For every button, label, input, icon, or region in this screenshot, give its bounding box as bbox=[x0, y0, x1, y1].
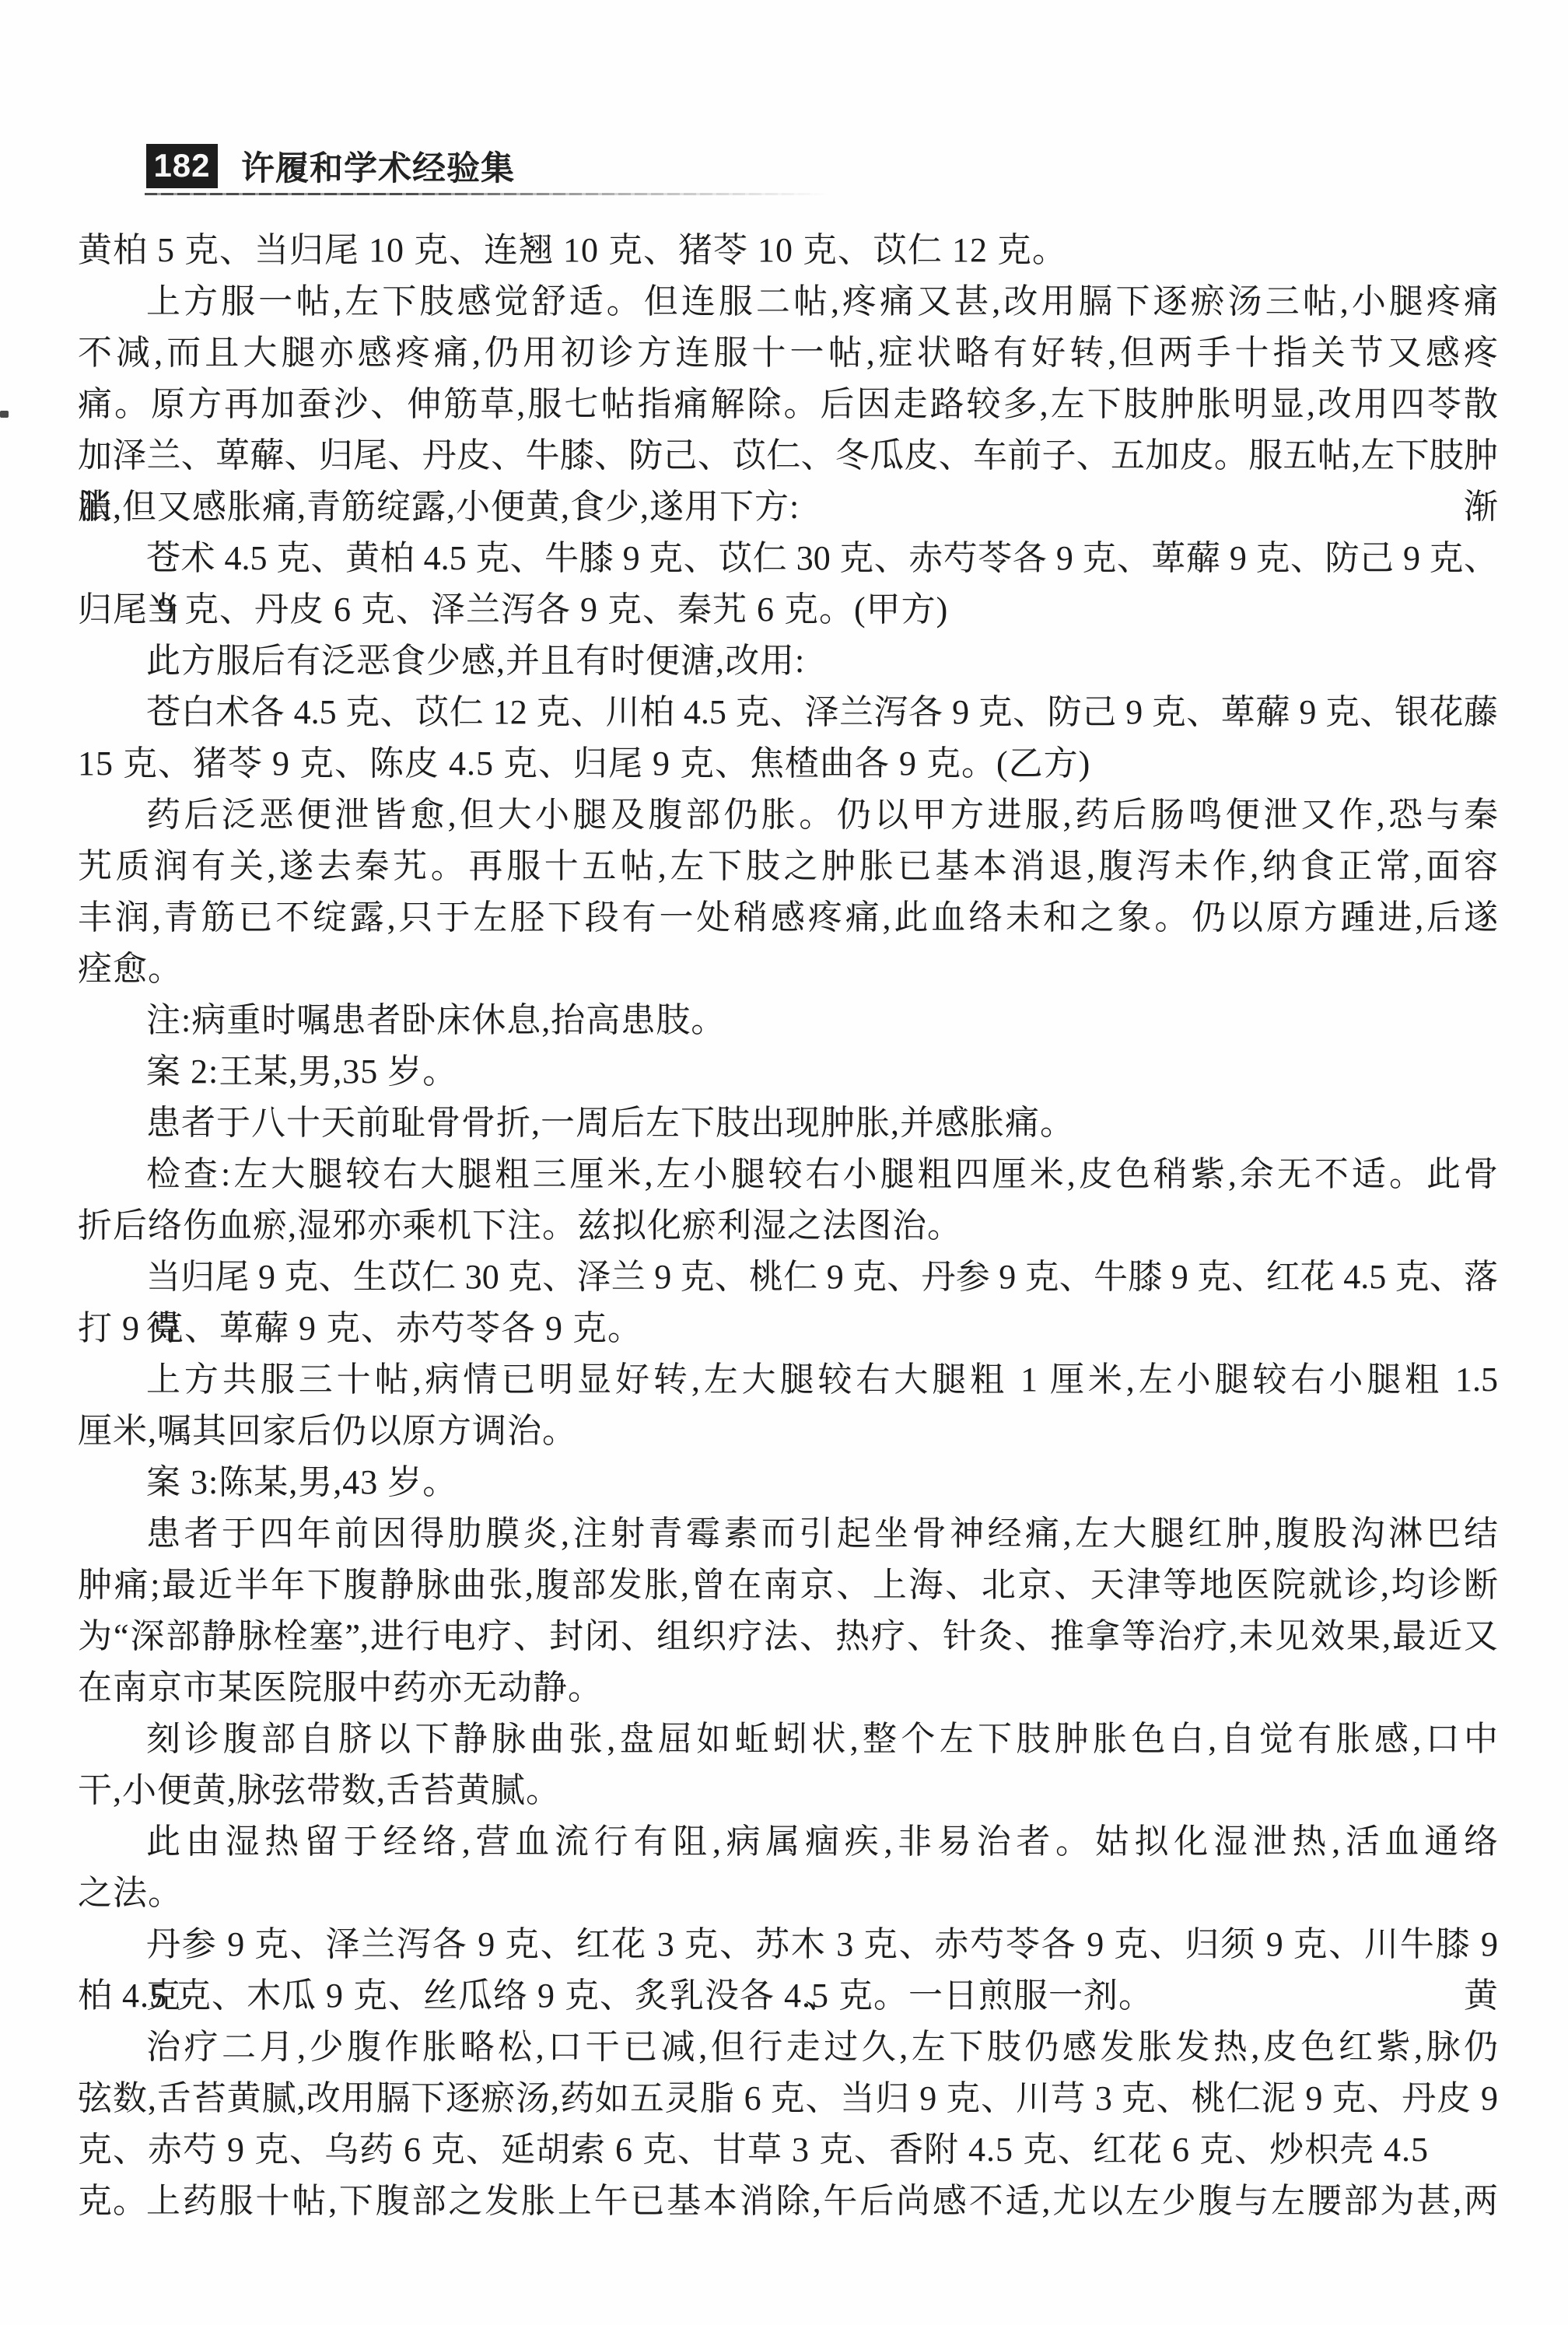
text-line: 为“深部静脉栓塞”,进行电疗、封闭、组织疗法、热疗、针灸、推拿等治疗,未见效果,… bbox=[78, 1611, 1498, 1662]
text-line: 上方服一帖,左下肢感觉舒适。但连服二帖,疼痛又甚,改用膈下逐瘀汤三帖,小腿疼痛 bbox=[78, 276, 1498, 327]
text-line: 打 9 克、萆薢 9 克、赤芍苓各 9 克。 bbox=[78, 1303, 1498, 1354]
text-line: 患者于八十天前耻骨骨折,一周后左下肢出现肿胀,并感胀痛。 bbox=[78, 1098, 1498, 1149]
text-line: 厘米,嘱其回家后仍以原方调治。 bbox=[78, 1406, 1498, 1457]
text-line: 艽质润有关,遂去秦艽。再服十五帖,左下肢之肿胀已基本消退,腹泻未作,纳食正常,面… bbox=[78, 841, 1498, 892]
text-line: 不减,而且大腿亦感疼痛,仍用初诊方连服十一帖,症状略有好转,但两手十指关节又感疼 bbox=[78, 327, 1498, 379]
text-line: 归尾 9 克、丹皮 6 克、泽兰泻各 9 克、秦艽 6 克。(甲方) bbox=[78, 584, 1498, 636]
text-line: 在南京市某医院服中药亦无动静。 bbox=[78, 1662, 1498, 1714]
text-line: 痛。原方再加蚕沙、伸筋草,服七帖指痛解除。后因走路较多,左下肢肿胀明显,改用四苓… bbox=[78, 379, 1498, 430]
text-line: 患者于四年前因得肋膜炎,注射青霉素而引起坐骨神经痛,左大腿红肿,腹股沟淋巴结 bbox=[78, 1508, 1498, 1560]
text-line: 刻诊腹部自脐以下静脉曲张,盘屈如蚯蚓状,整个左下肢肿胀色白,自觉有胀感,口中 bbox=[78, 1714, 1498, 1765]
text-line: 此方服后有泛恶食少感,并且有时便溏,改用: bbox=[78, 636, 1498, 687]
header-rule bbox=[145, 193, 829, 195]
page-number-badge: 182 bbox=[146, 144, 218, 188]
text-line: 当归尾 9 克、生苡仁 30 克、泽兰 9 克、桃仁 9 克、丹参 9 克、牛膝… bbox=[78, 1252, 1498, 1303]
text-line: 治疗二月,少腹作胀略松,口干已减,但行走过久,左下肢仍感发胀发热,皮色红紫,脉仍 bbox=[78, 2022, 1498, 2073]
text-line: 弦数,舌苔黄腻,改用膈下逐瘀汤,药如五灵脂 6 克、当归 9 克、川芎 3 克、… bbox=[78, 2073, 1498, 2124]
text-line: 之法。 bbox=[78, 1868, 1498, 1919]
body-text: 黄柏 5 克、当归尾 10 克、连翘 10 克、猪苓 10 克、苡仁 12 克。… bbox=[78, 225, 1498, 2227]
text-line: 干,小便黄,脉弦带数,舌苔黄腻。 bbox=[78, 1765, 1498, 1816]
text-line: 肿痛;最近半年下腹静脉曲张,腹部发胀,曾在南京、上海、北京、天津等地医院就诊,均… bbox=[78, 1560, 1498, 1611]
text-line: 此由湿热留于经络,营血流行有阻,病属痼疾,非易治者。姑拟化湿泄热,活血通络 bbox=[78, 1816, 1498, 1868]
text-line: 苍白术各 4.5 克、苡仁 12 克、川柏 4.5 克、泽兰泻各 9 克、防己 … bbox=[78, 687, 1498, 738]
text-line: 克、赤芍 9 克、乌药 6 克、延胡索 6 克、甘草 3 克、香附 4.5 克、… bbox=[78, 2124, 1498, 2176]
text-line: 15 克、猪苓 9 克、陈皮 4.5 克、归尾 9 克、焦楂曲各 9 克。(乙方… bbox=[78, 738, 1498, 790]
text-line: 加泽兰、萆薢、归尾、丹皮、牛膝、防己、苡仁、冬瓜皮、车前子、五加皮。服五帖,左下… bbox=[78, 430, 1498, 481]
text-line: 痊愈。 bbox=[78, 944, 1498, 995]
text-line: 案 3:陈某,男,43 岁。 bbox=[78, 1457, 1498, 1508]
text-line: 黄柏 5 克、当归尾 10 克、连翘 10 克、猪苓 10 克、苡仁 12 克。 bbox=[78, 225, 1498, 276]
text-line: 注:病重时嘱患者卧床休息,抬高患肢。 bbox=[78, 995, 1498, 1046]
text-line: 药后泛恶便泄皆愈,但大小腿及腹部仍胀。仍以甲方进服,药后肠鸣便泄又作,恐与秦 bbox=[78, 790, 1498, 841]
book-page: 182 许履和学术经验集 黄柏 5 克、当归尾 10 克、连翘 10 克、猪苓 … bbox=[0, 0, 1568, 2325]
text-line: 案 2:王某,男,35 岁。 bbox=[78, 1046, 1498, 1098]
scan-speck bbox=[0, 411, 9, 418]
text-line: 丹参 9 克、泽兰泻各 9 克、红花 3 克、苏木 3 克、赤芍苓各 9 克、归… bbox=[78, 1919, 1498, 1970]
text-line: 折后络伤血瘀,湿邪亦乘机下注。兹拟化瘀利湿之法图治。 bbox=[78, 1200, 1498, 1252]
text-line: 丰润,青筋已不绽露,只于左胫下段有一处稍感疼痛,此血络未和之象。仍以原方踵进,后… bbox=[78, 892, 1498, 944]
page-number: 182 bbox=[153, 147, 210, 184]
running-title: 许履和学术经验集 bbox=[241, 142, 515, 190]
text-line: 上药服十帖,下腹部之发胀上午已基本消除,午后尚感不适,尤以左少腹与左腰部为甚,两 bbox=[78, 2176, 1498, 2227]
page-header: 182 许履和学术经验集 bbox=[146, 143, 515, 188]
text-line: 苍术 4.5 克、黄柏 4.5 克、牛膝 9 克、苡仁 30 克、赤芍苓各 9 … bbox=[78, 533, 1498, 584]
text-line: 上方共服三十帖,病情已明显好转,左大腿较右大腿粗 1 厘米,左小腿较右小腿粗 1… bbox=[78, 1354, 1498, 1406]
text-line: 检查:左大腿较右大腿粗三厘米,左小腿较右小腿粗四厘米,皮色稍紫,余无不适。此骨 bbox=[78, 1149, 1498, 1200]
